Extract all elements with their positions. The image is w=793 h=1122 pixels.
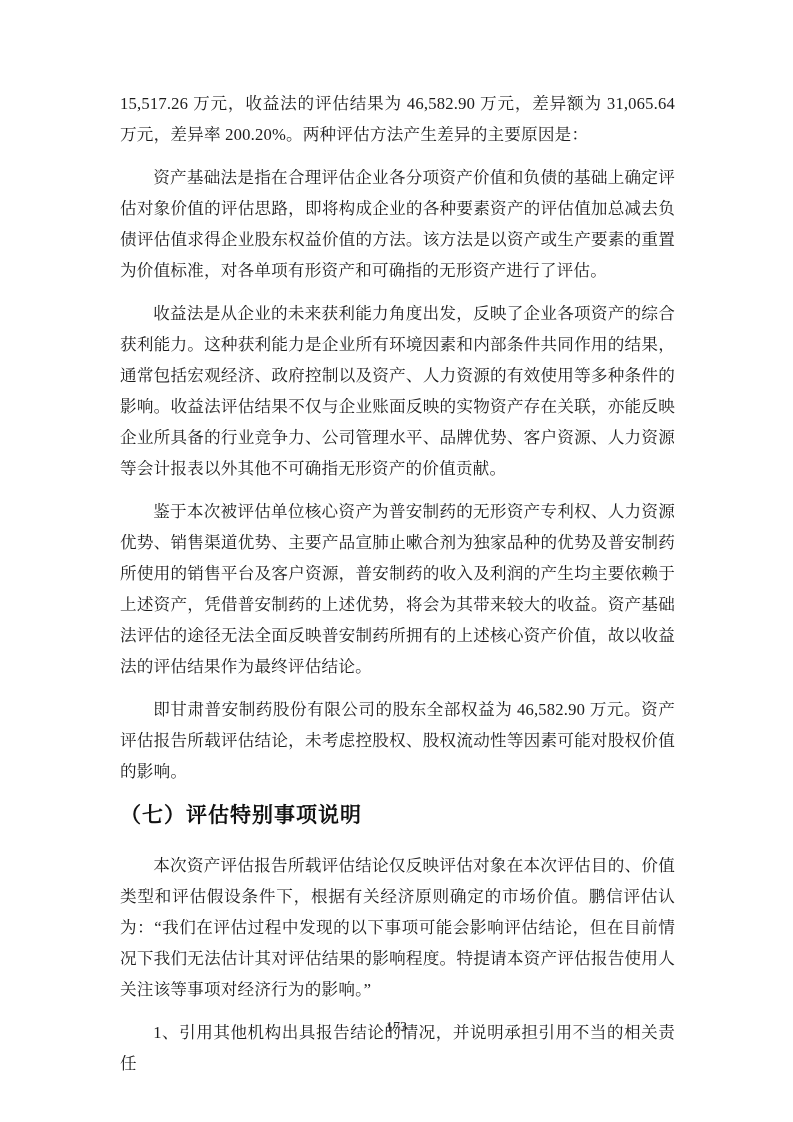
- body-paragraph-special-matters-intro: 本次资产评估报告所载评估结论仅反映评估对象在本次评估目的、价值类型和评估假设条件…: [120, 850, 675, 1005]
- document-page: 15,517.26 万元，收益法的评估结果为 46,582.90 万元，差异额为…: [0, 0, 793, 1122]
- body-paragraph-income-method: 收益法是从企业的未来获利能力角度出发，反映了企业各项资产的综合获利能力。这种获利…: [120, 298, 675, 484]
- body-paragraph-core-assets: 鉴于本次被评估单位核心资产为普安制药的无形资产专利权、人力资源优势、销售渠道优势…: [120, 496, 675, 682]
- section-heading-special-matters: （七）评估特别事项说明: [120, 801, 675, 830]
- page-number: 173: [0, 1020, 793, 1036]
- body-paragraph-continuation: 15,517.26 万元，收益法的评估结果为 46,582.90 万元，差异额为…: [120, 88, 675, 150]
- body-paragraph-asset-basis-method: 资产基础法是指在合理评估企业各分项资产价值和负债的基础上确定评估对象价值的评估思…: [120, 162, 675, 286]
- body-paragraph-equity-conclusion: 即甘肃普安制药股份有限公司的股东全部权益为 46,582.90 万元。资产评估报…: [120, 694, 675, 787]
